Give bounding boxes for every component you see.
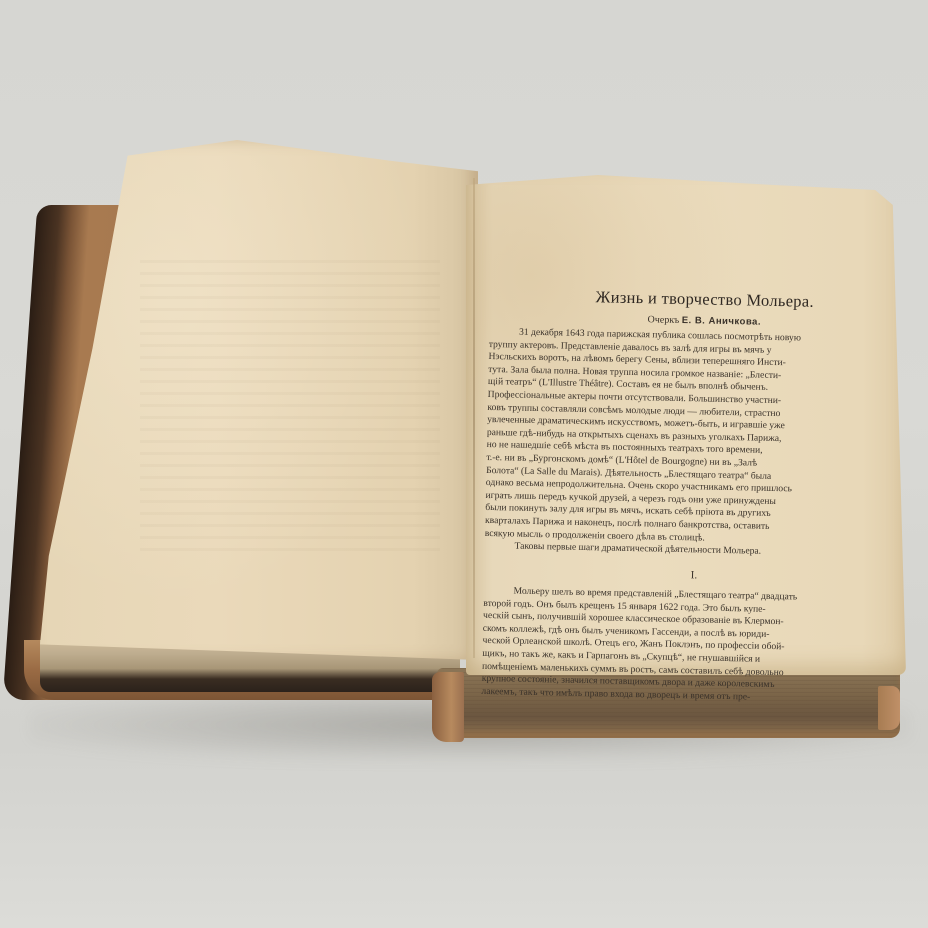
byline-author: Е. В. Аничкова. xyxy=(682,315,761,328)
photo-scene: Жизнь и творчество Мольера. Очеркъ Е. В.… xyxy=(0,0,928,928)
left-page-show-through xyxy=(140,260,440,560)
intro-paragraph: 31 декабря 1643 года парижская публика с… xyxy=(485,326,889,548)
byline-prefix: Очеркъ xyxy=(647,314,679,326)
gutter-stitching xyxy=(473,178,475,658)
spine-cap xyxy=(432,672,464,742)
section-number: I. xyxy=(504,565,884,585)
section-paragraph: Мольеру шелъ во время представленій „Бле… xyxy=(481,585,883,707)
right-page-text: Жизнь и творчество Мольера. Очеркъ Е. В.… xyxy=(481,285,890,707)
